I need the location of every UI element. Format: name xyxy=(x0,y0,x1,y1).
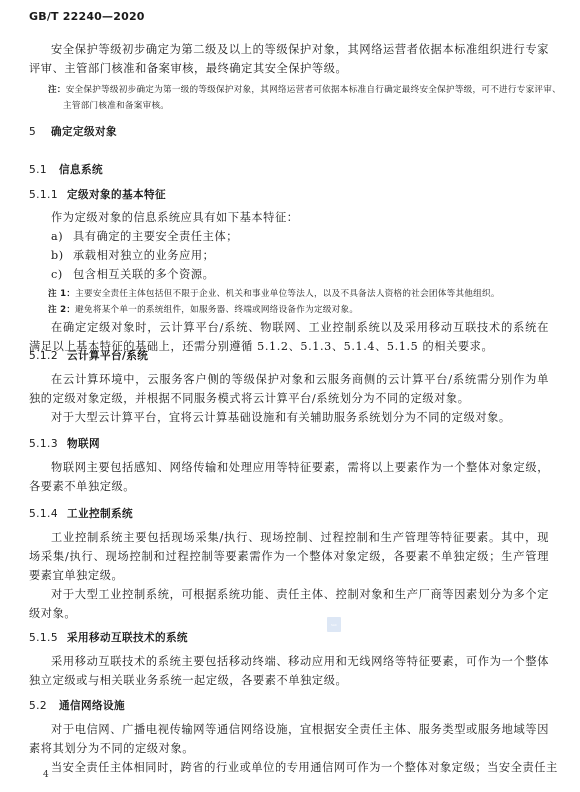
section-number: 5 xyxy=(29,126,51,138)
characteristics-lead: 作为定级对象的信息系统应具有如下基本特征： xyxy=(29,208,549,227)
section-title: 信息系统 xyxy=(59,164,103,176)
section-title: 定级对象的基本特征 xyxy=(67,189,166,201)
section-5-1-heading: 5.1信息系统 xyxy=(29,162,103,177)
document-page: GB/T 22240—2020 安全保护等级初步确定为第二级及以上的等级保护对象… xyxy=(0,0,580,792)
section-5-1-4-heading: 5.1.4工业控制系统 xyxy=(29,506,133,521)
section-5-1-2-heading: 5.1.2云计算平台/系统 xyxy=(29,348,148,363)
section-number: 5.1.1 xyxy=(29,189,67,201)
ics-paragraph-1: 工业控制系统主要包括现场采集/执行、现场控制、过程控制和生产管理等特征要素。其中… xyxy=(29,528,549,585)
note-label: 注： xyxy=(48,85,66,95)
note-1: 注 1：主要安全责任主体包括但不限于企业、机关和事业单位等法人，以及不具备法人资… xyxy=(48,286,548,302)
list-item: b)承载相对独立的业务应用； xyxy=(51,246,214,265)
section-title: 通信网络设施 xyxy=(59,700,125,712)
note-2: 注 2：避免将某个单一的系统组件，如服务器、终端或网络设备作为定级对象。 xyxy=(48,302,548,318)
intro-note: 注：安全保护等级初步确定为第一级的等级保护对象，其网络运营者可依据本标准自行确定… xyxy=(48,82,563,114)
section-number: 5.1 xyxy=(29,164,59,176)
note-text: 安全保护等级初步确定为第一级的等级保护对象，其网络运营者可依据本标准自行确定最终… xyxy=(63,85,561,111)
section-title: 确定定级对象 xyxy=(51,126,117,138)
section-number: 5.2 xyxy=(29,700,59,712)
sac-watermark-logo: SAC xyxy=(327,617,341,632)
list-text: 包含相互关联的多个资源。 xyxy=(73,268,214,281)
cloud-paragraph-2: 对于大型云计算平台，宜将云计算基础设施和有关辅助服务系统划分为不同的定级对象。 xyxy=(29,408,549,427)
list-text: 具有确定的主要安全责任主体； xyxy=(73,230,238,243)
list-marker: b) xyxy=(51,246,73,265)
network-paragraph-2: 当安全责任主体相同时，跨省的行业或单位的专用通信网可作为一个整体对象定级；当安全… xyxy=(29,758,549,777)
section-number: 5.1.3 xyxy=(29,438,67,450)
mobile-paragraph: 采用移动互联技术的系统主要包括移动终端、移动应用和无线网络等特征要素，可作为一个… xyxy=(29,652,549,690)
section-5-1-3-heading: 5.1.3物联网 xyxy=(29,436,100,451)
section-number: 5.1.2 xyxy=(29,350,67,362)
section-5-2-heading: 5.2通信网络设施 xyxy=(29,698,125,713)
section-title: 云计算平台/系统 xyxy=(67,350,148,362)
section-number: 5.1.5 xyxy=(29,632,67,644)
network-paragraph-1: 对于电信网、广播电视传输网等通信网络设施，宜根据安全责任主体、服务类型或服务地域… xyxy=(29,720,549,758)
section-title: 工业控制系统 xyxy=(67,508,133,520)
intro-paragraph: 安全保护等级初步确定为第二级及以上的等级保护对象，其网络运营者依据本标准组织进行… xyxy=(29,40,549,78)
list-marker: c) xyxy=(51,265,73,284)
section-5-1-1-heading: 5.1.1定级对象的基本特征 xyxy=(29,187,166,202)
ics-paragraph-2: 对于大型工业控制系统，可根据系统功能、责任主体、控制对象和生产厂商等因素划分为多… xyxy=(29,585,549,623)
cloud-paragraph-1: 在云计算环境中，云服务客户侧的等级保护对象和云服务商侧的云计算平台/系统需分别作… xyxy=(29,370,549,408)
list-text: 承载相对独立的业务应用； xyxy=(73,249,214,262)
note-label: 注 2： xyxy=(48,305,75,315)
section-5-heading: 5确定定级对象 xyxy=(29,124,117,139)
standard-code-header: GB/T 22240—2020 xyxy=(29,10,145,23)
list-item: c)包含相互关联的多个资源。 xyxy=(51,265,214,284)
section-title: 物联网 xyxy=(67,438,100,450)
note-text: 主要安全责任主体包括但不限于企业、机关和事业单位等法人，以及不具备法人资格的社会… xyxy=(75,289,500,299)
note-text: 避免将某个单一的系统组件，如服务器、终端或网络设备作为定级对象。 xyxy=(75,305,358,315)
section-number: 5.1.4 xyxy=(29,508,67,520)
iot-paragraph: 物联网主要包括感知、网络传输和处理应用等特征要素，需将以上要素作为一个整体对象定… xyxy=(29,458,549,496)
note-label: 注 1： xyxy=(48,289,75,299)
page-number: 4 xyxy=(43,770,49,780)
section-title: 采用移动互联技术的系统 xyxy=(67,632,188,644)
section-5-1-5-heading: 5.1.5采用移动互联技术的系统 xyxy=(29,630,188,645)
list-marker: a) xyxy=(51,227,73,246)
list-item: a)具有确定的主要安全责任主体； xyxy=(51,227,238,246)
